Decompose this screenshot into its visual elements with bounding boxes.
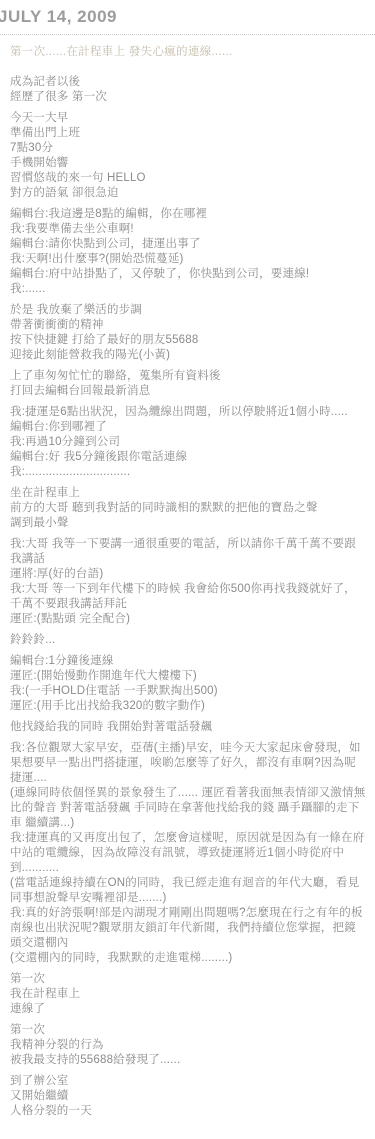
text-line: 第一次 (10, 1023, 367, 1038)
text-line: 編輯台:請你快點到公司，捷運出事了 (10, 237, 367, 252)
text-line: 習慣悠哉的來一句 HELLO (10, 171, 367, 186)
text-line: 我:捷運真的又再度出包了，怎麼會這樣呢，原因就是因為有一條在府中站的電纜線，因為… (10, 831, 367, 876)
text-line: 鈴鈴鈴... (10, 633, 367, 648)
text-line: 我:(一手HOLD住電話 一手默默掏出500) (10, 684, 367, 699)
text-line: 前方的大哥 聽到我對話的同時識相的默默的把他的寶島之聲 (10, 501, 367, 516)
text-line: 編輯台:1分鐘後連線 (10, 654, 367, 669)
text-line: 編輯台:好 我5分鐘後跟你電話連線 (10, 450, 367, 465)
text-line: 運匠:(用手比出找給我320的數字動作) (10, 699, 367, 714)
paragraph: 鈴鈴鈴... (10, 633, 367, 648)
paragraph: 到了辦公室又開始繼續人格分裂的一天 (10, 1074, 367, 1119)
dotted-divider (0, 34, 375, 35)
text-line: 被我最支持的55688給發現了...... (10, 1053, 367, 1068)
paragraph: 坐在計程車上前方的大哥 聽到我對話的同時識相的默默的把他的寶島之聲調到最小聲 (10, 486, 367, 531)
text-line: 上了車匆匆忙忙的聯絡，蒐集所有資料後 (10, 369, 367, 384)
paragraph: 今天一大早準備出門上班7點30分手機開始響習慣悠哉的來一句 HELLO對方的語氣… (10, 111, 367, 201)
post-subtitle: 第一次......在計程車上 發失心瘋的連線...... (10, 43, 367, 59)
text-line: 調到最小聲 (10, 516, 367, 531)
text-line: 我:大哥 等一下到年代樓下的時候 我會給你500你再找我錢就好了，千萬不要跟我講… (10, 582, 367, 612)
post-body: 成為記者以後經歷了很多 第一次今天一大早準備出門上班7點30分手機開始響習慣悠哉… (10, 75, 367, 1119)
text-line: 我在計程車上 (10, 987, 367, 1002)
text-line: 經歷了很多 第一次 (10, 90, 367, 105)
text-line: 編輯台:我這邊是8點的編輯，你在哪裡 (10, 207, 367, 222)
text-line: 準備出門上班 (10, 126, 367, 141)
text-line: 對方的語氣 卻很急迫 (10, 186, 367, 201)
paragraph: 我:大哥 我等一下要講一通很重要的電話，所以請你千萬千萬不要跟我講話運將:厚(好… (10, 537, 367, 627)
text-line: 我:天啊!出什麼事?(開始恐慌蔓延) (10, 252, 367, 267)
paragraph: 第一次我在計程車上連線了 (10, 972, 367, 1017)
text-line: 我:再過10分鐘到公司 (10, 435, 367, 450)
blog-post: JULY 14, 2009 第一次......在計程車上 發失心瘋的連線....… (0, 0, 375, 1139)
text-line: 迎接此刻能營救我的陽光(小黃) (10, 348, 367, 363)
text-line: 又開始繼續 (10, 1089, 367, 1104)
text-line: 我:............................... (10, 465, 367, 480)
paragraph: 編輯台:我這邊是8點的編輯，你在哪裡我:我要準備去坐公車啊!編輯台:請你快點到公… (10, 207, 367, 297)
text-line: 我:我要準備去坐公車啊! (10, 222, 367, 237)
text-line: 我:...... (10, 282, 367, 297)
text-line: 我:大哥 我等一下要講一通很重要的電話，所以請你千萬千萬不要跟我講話 (10, 537, 367, 567)
text-line: 運將:厚(好的台語) (10, 567, 367, 582)
text-line: 坐在計程車上 (10, 486, 367, 501)
text-line: 第一次 (10, 972, 367, 987)
text-line: 編輯台:你到哪裡了 (10, 420, 367, 435)
text-line: 連線了 (10, 1002, 367, 1017)
text-line: 今天一大早 (10, 111, 367, 126)
paragraph: 於是 我放棄了樂活的步調帶著衝衝衝的精神按下快捷鍵 打給了最好的朋友55688迎… (10, 303, 367, 363)
text-line: 編輯台:府中站掛點了，又停駛了，你快點到公司，要連線! (10, 267, 367, 282)
text-line: 成為記者以後 (10, 75, 367, 90)
post-date-title: JULY 14, 2009 (0, 7, 367, 27)
paragraph: 他找錢給我的同時 我開始對著電話發飆 (10, 720, 367, 735)
paragraph: 第一次我精神分裂的行為被我最支持的55688給發現了...... (10, 1023, 367, 1068)
text-line: 我:捷運是6點出狀況，因為纜線出問題，所以停駛將近1個小時..... (10, 405, 367, 420)
paragraph: 編輯台:1分鐘後連線運匠:(開始慢動作開進年代大樓樓下)我:(一手HOLD住電話… (10, 654, 367, 714)
text-line: 按下快捷鍵 打給了最好的朋友55688 (10, 333, 367, 348)
paragraph: 我:各位觀眾大家早安，亞蒨(主播)早安，哇今天大家起床會發現，如果想要早一點出門… (10, 741, 367, 966)
text-line: 打回去編輯台回報最新消息 (10, 384, 367, 399)
text-line: 我:各位觀眾大家早安，亞蒨(主播)早安，哇今天大家起床會發現，如果想要早一點出門… (10, 741, 367, 786)
text-line: (當電話連線持續在ON的同時，我已經走進有迴音的年代大廳，看見同事想說聲早安嘴裡… (10, 876, 367, 906)
text-line: 運匠:(點點頭 完全配合) (10, 612, 367, 627)
text-line: 他找錢給我的同時 我開始對著電話發飆 (10, 720, 367, 735)
text-line: 帶著衝衝衝的精神 (10, 318, 367, 333)
text-line: (連線同時依個怪異的景象發生了...... 運匠看著我面無表情卻又激情無比的聲音… (10, 786, 367, 831)
text-line: 7點30分 (10, 141, 367, 156)
paragraph: 我:捷運是6點出狀況，因為纜線出問題，所以停駛將近1個小時.....編輯台:你到… (10, 405, 367, 480)
paragraph: 成為記者以後經歷了很多 第一次 (10, 75, 367, 105)
text-line: 我精神分裂的行為 (10, 1038, 367, 1053)
paragraph: 上了車匆匆忙忙的聯絡，蒐集所有資料後打回去編輯台回報最新消息 (10, 369, 367, 399)
text-line: 運匠:(開始慢動作開進年代大樓樓下) (10, 669, 367, 684)
text-line: 人格分裂的一天 (10, 1104, 367, 1119)
text-line: 我:真的好誇張啊!部是內湖現才剛剛出問題嗎?怎麼現在行之有年的板南線也出狀況呢?… (10, 906, 367, 951)
text-line: 到了辦公室 (10, 1074, 367, 1089)
text-line: 於是 我放棄了樂活的步調 (10, 303, 367, 318)
text-line: (交還棚內的同時，我默默的走進電梯........) (10, 951, 367, 966)
text-line: 手機開始響 (10, 156, 367, 171)
